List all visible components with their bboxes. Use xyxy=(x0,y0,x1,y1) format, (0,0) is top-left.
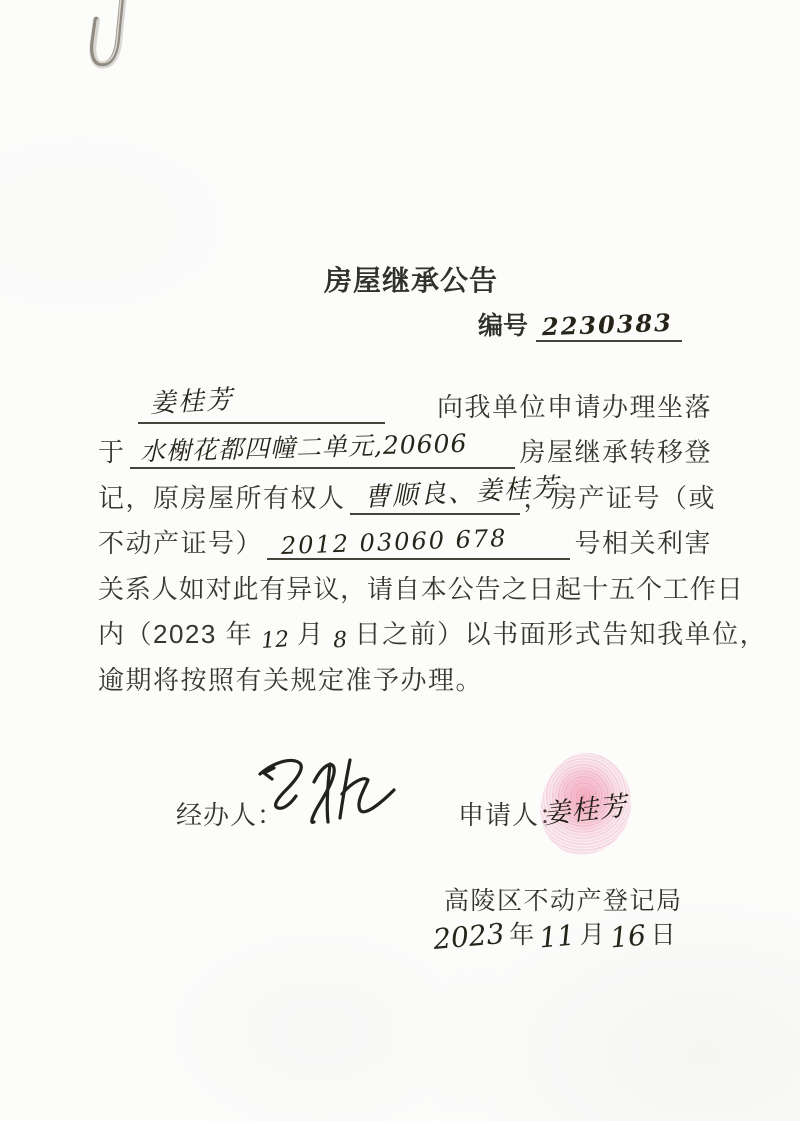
day-unit-label: 日 xyxy=(651,915,676,951)
number-value-handwritten: 2230383 xyxy=(541,308,673,342)
certificate-number-handwritten: 2012 03060 678 xyxy=(281,524,508,560)
number-blank-line: 2230383 xyxy=(536,312,682,342)
body-line-3: 记，原房屋所有权人 曹顺良、姜桂芳 ，房产证号（或 xyxy=(98,469,712,515)
document-number-row: 编号 2230383 xyxy=(478,306,682,342)
body-line-6: 内（2023 年 12 月 8 日之前）以书面形式告知我单位， xyxy=(98,606,712,652)
applicant-name-blank: 姜桂芳 xyxy=(138,384,385,424)
body-text-segment: 关系人如对此有异议，请自本公告之日起十五个工作日 xyxy=(98,569,744,606)
issuing-authority: 高陵区不动产登记局 xyxy=(444,881,683,917)
issue-month-handwritten: 11 xyxy=(538,919,576,955)
certificate-number-blank: 2012 03060 678 xyxy=(267,520,570,560)
body-text-segment: 记，原房屋所有权人 xyxy=(98,478,346,515)
year-unit-label: 年 xyxy=(509,915,534,951)
issue-year-handwritten: 2023 xyxy=(432,917,506,956)
body-text-segment: 日之前）以书面形式告知我单位， xyxy=(355,614,768,651)
notice-body: 姜桂芳 向我单位申请办理坐落 于 水榭花都四幢二单元,20606 房屋继承转移登… xyxy=(98,378,712,697)
address-blank: 水榭花都四幢二单元,20606 xyxy=(130,429,516,469)
body-text-segment: 向我单位申请办理坐落 xyxy=(437,387,712,424)
body-text-segment: 房屋继承转移登 xyxy=(519,432,712,469)
body-line-7: 逾期将按照有关规定准予办理。 xyxy=(98,651,712,697)
body-text-segment: 月 xyxy=(297,614,325,651)
handler-signature xyxy=(252,752,402,837)
body-text-segment: 内（2023 年 xyxy=(98,614,253,651)
document-title: 房屋继承公告 xyxy=(0,259,800,299)
applicant-name-handwritten: 姜桂芳 xyxy=(149,378,235,419)
body-line-2: 于 水榭花都四幢二单元,20606 房屋继承转移登 xyxy=(98,424,712,470)
deadline-day-handwritten: 8 xyxy=(332,628,348,654)
address-handwritten: 水榭花都四幢二单元,20606 xyxy=(139,424,467,469)
body-text-segment: 于 xyxy=(98,432,126,469)
paperclip-icon xyxy=(88,0,150,84)
issue-day-handwritten: 16 xyxy=(609,919,647,955)
body-text-segment: 不动产证号） xyxy=(98,523,263,560)
month-unit-label: 月 xyxy=(580,915,605,951)
deadline-month-handwritten: 12 xyxy=(260,627,290,654)
scanned-document-page: 房屋继承公告 编号 2230383 姜桂芳 向我单位申请办理坐落 于 水榭花都四… xyxy=(0,0,800,1121)
issue-date-row: 2023 年 11 月 16 日 xyxy=(428,915,676,951)
body-text-segment: 逾期将按照有关规定准予办理。 xyxy=(98,660,483,697)
owners-blank: 曹顺良、姜桂芳 xyxy=(350,475,520,515)
body-text-segment: 号相关利害 xyxy=(574,523,712,560)
body-line-5: 关系人如对此有异议，请自本公告之日起十五个工作日 xyxy=(98,560,712,606)
number-label: 编号 xyxy=(478,306,528,342)
body-line-4: 不动产证号） 2012 03060 678 号相关利害 xyxy=(98,515,712,561)
body-line-1: 姜桂芳 向我单位申请办理坐落 xyxy=(98,378,712,424)
